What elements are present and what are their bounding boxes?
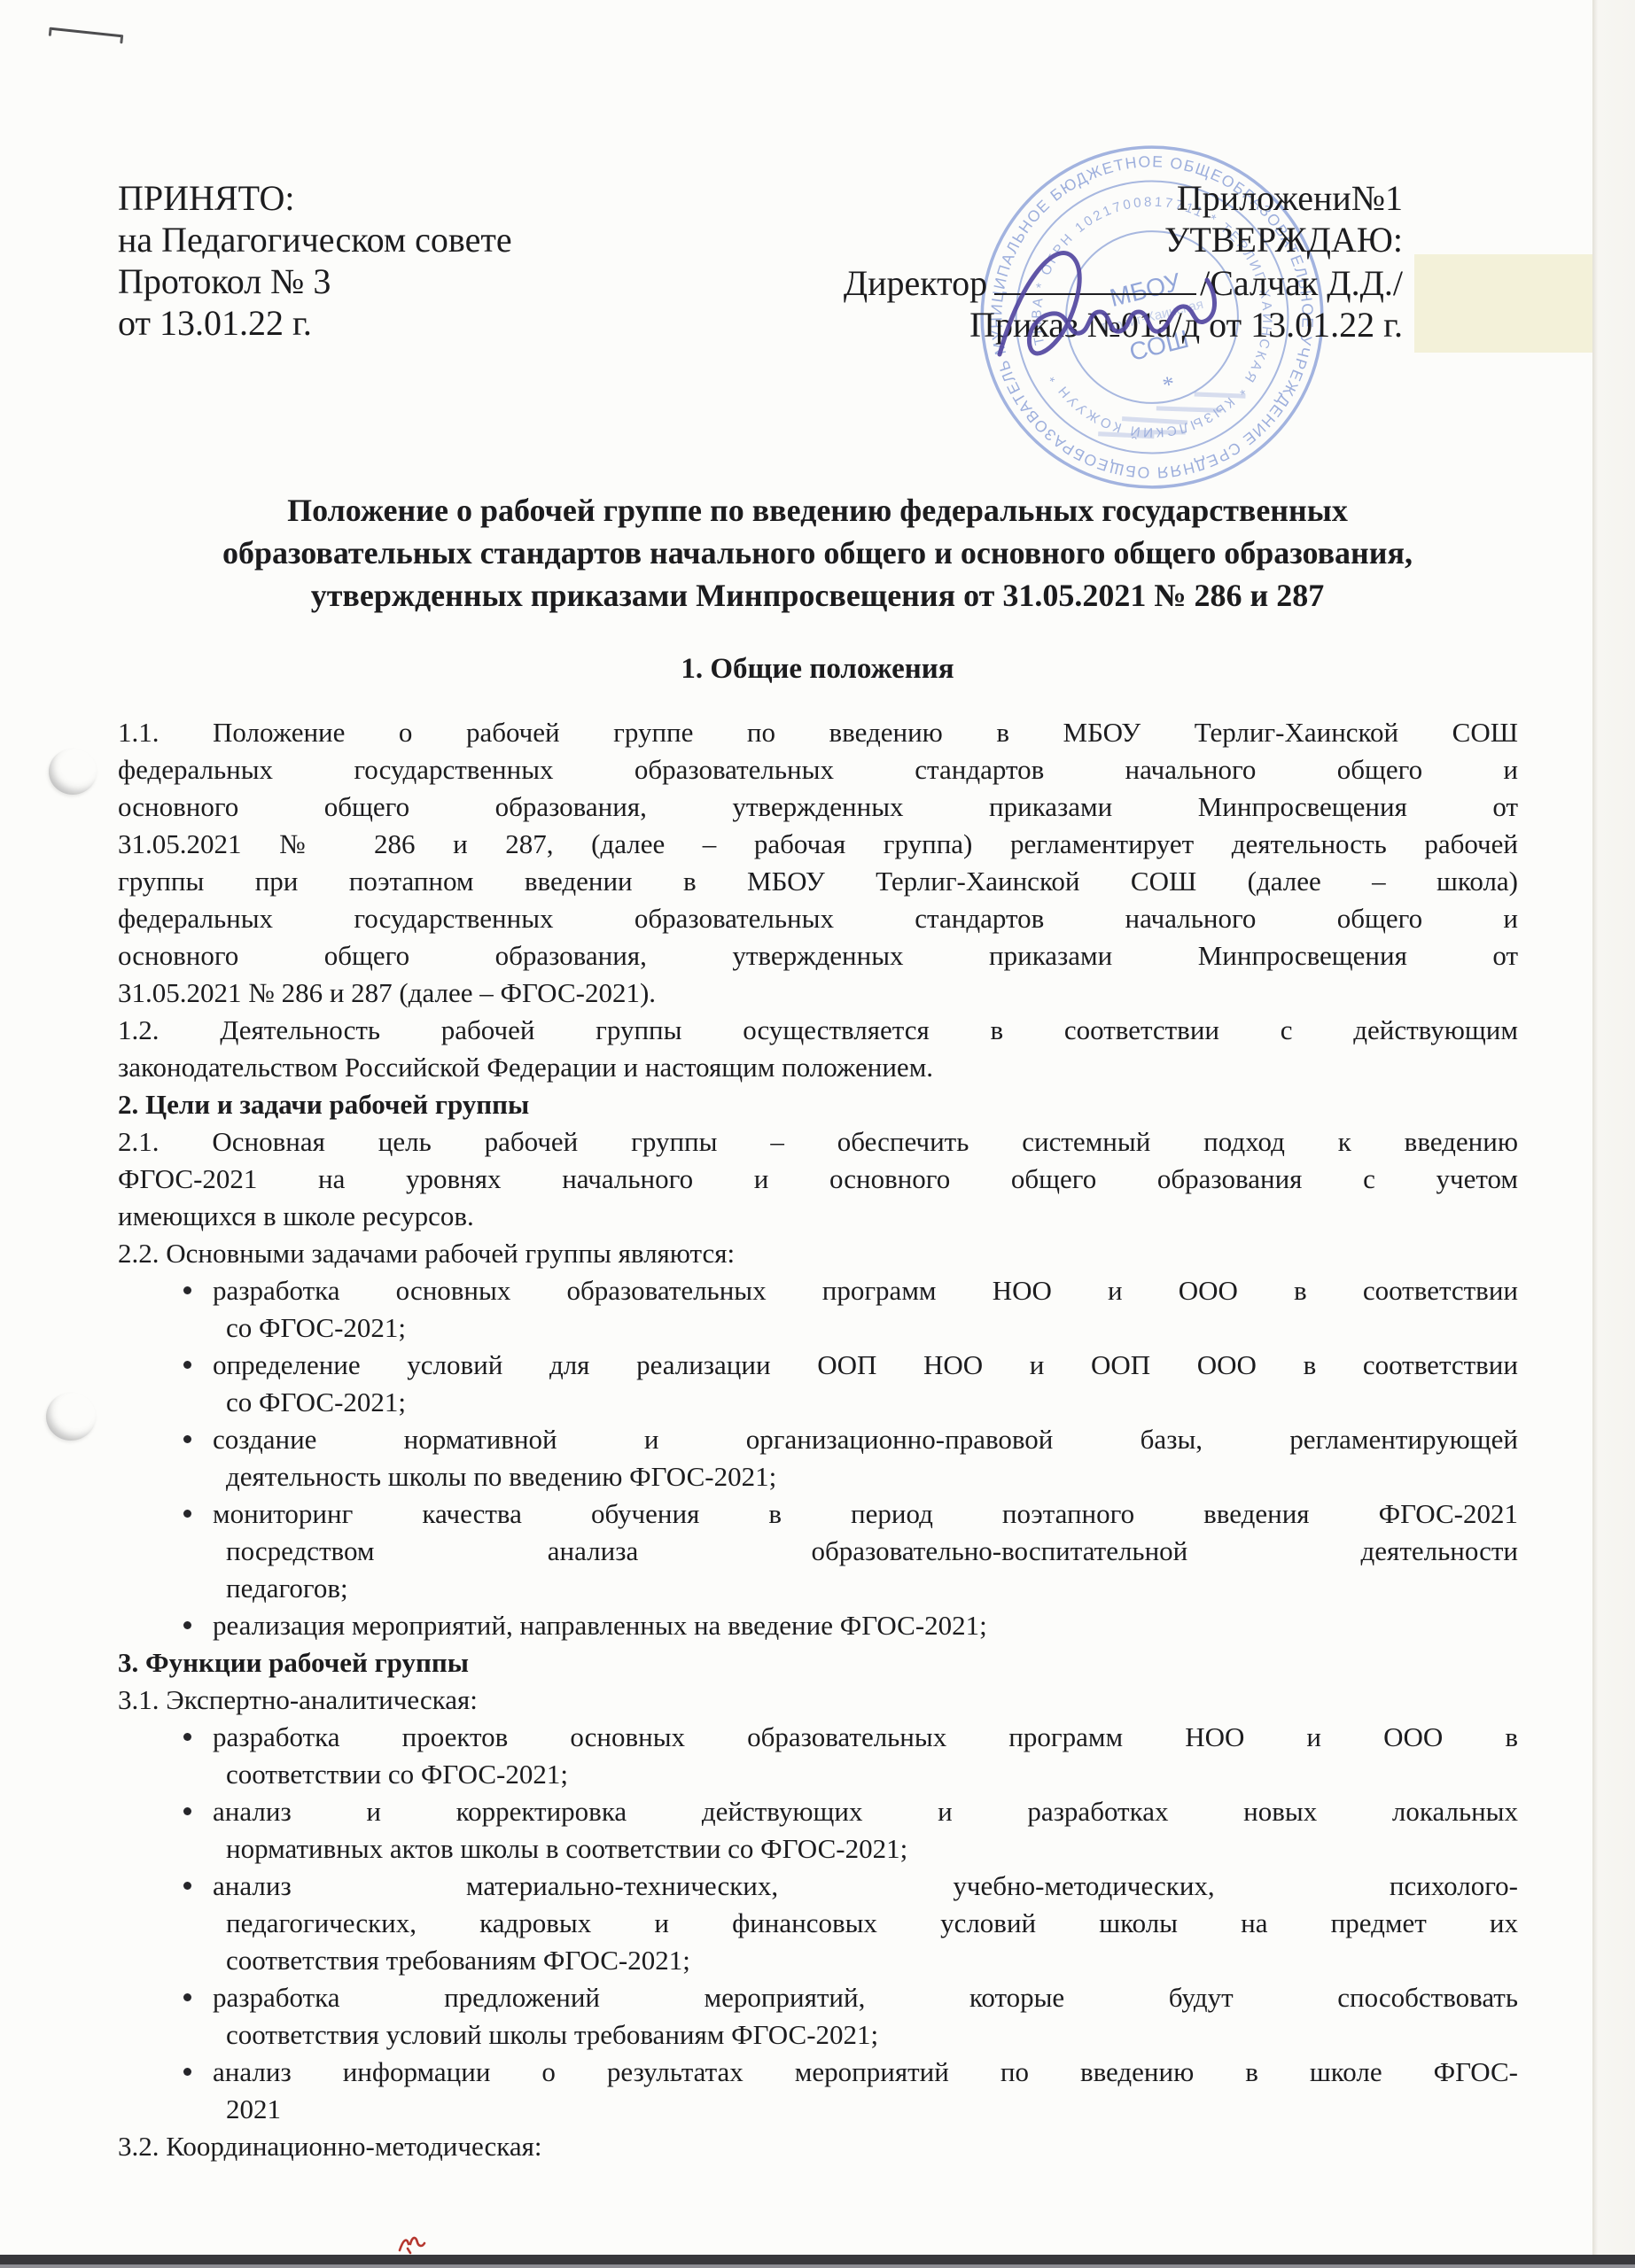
- scan-bottom-edge-shadow: [0, 2264, 1635, 2268]
- body-line: 31.05.2021 № 286 и 287 (далее – ФГОС-202…: [118, 975, 1518, 1012]
- body-line: 2. Цели и задачи рабочей группы: [118, 1086, 1518, 1123]
- body-line: 2.1. Основная цель рабочей группы – обес…: [118, 1123, 1518, 1161]
- body-line: 31.05.2021 № 286 и 287, (далее – рабочая…: [118, 826, 1518, 863]
- scan-page-edge: [1592, 0, 1635, 2268]
- red-pen-mark: [397, 2229, 427, 2256]
- body-line: посредством анализа образовательно-воспи…: [118, 1533, 1518, 1570]
- scanned-document-page: МУНИЦИПАЛЬНОЕ БЮДЖЕТНОЕ ОБЩЕОБРАЗОВАТЕЛЬ…: [0, 0, 1635, 2268]
- hole-punch-top: [49, 749, 97, 795]
- body-line: 3.2. Координационно-методическая:: [118, 2128, 1518, 2165]
- body-line: деятельность школы по введению ФГОС-2021…: [118, 1458, 1518, 1495]
- body-line: 2021: [118, 2091, 1518, 2128]
- body-line: соответствия требованиям ФГОС-2021;: [118, 1942, 1518, 1979]
- body-line: со ФГОС-2021;: [118, 1384, 1518, 1421]
- body-line: разработка предложений мероприятий, кото…: [118, 1979, 1518, 2016]
- body-line: анализ материально-технических, учебно-м…: [118, 1868, 1518, 1905]
- protocol-number: Протокол № 3: [118, 260, 512, 302]
- body-line: педагогических, кадровых и финансовых ус…: [118, 1905, 1518, 1942]
- accepted-council: на Педагогическом совете: [118, 219, 512, 260]
- body-line: создание нормативной и организационно-пр…: [118, 1421, 1518, 1458]
- director-signature: [985, 229, 1230, 390]
- body-line: нормативных актов школы в соответствии с…: [118, 1830, 1518, 1868]
- body-line: ФГОС-2021 на уровнях начального и основн…: [118, 1161, 1518, 1198]
- appendix-label: Приложени№1: [842, 177, 1403, 219]
- body-line: анализ и корректировка действующих и раз…: [118, 1793, 1518, 1830]
- body-line: соответствия условий школы требованиям Ф…: [118, 2016, 1518, 2054]
- document-title: Положение о рабочей группе по введению ф…: [133, 489, 1502, 617]
- body-line: педагогов;: [118, 1570, 1518, 1607]
- body-line: 1.2. Деятельность рабочей группы осущест…: [118, 1012, 1518, 1049]
- document-body: 1.1. Положение о рабочей группе по введе…: [118, 714, 1518, 2165]
- body-line: реализация мероприятий, направленных на …: [118, 1607, 1518, 1644]
- body-line: 2.2. Основными задачами рабочей группы я…: [118, 1235, 1518, 1272]
- body-line: основного общего образования, утвержденн…: [118, 937, 1518, 975]
- accepted-block: ПРИНЯТО: на Педагогическом совете Проток…: [118, 177, 512, 344]
- body-line: федеральных государственных образователь…: [118, 751, 1518, 788]
- body-line: 3. Функции рабочей группы: [118, 1644, 1518, 1682]
- body-line: основного общего образования, утвержденн…: [118, 788, 1518, 826]
- section-1-heading: 1. Общие положения: [133, 653, 1502, 686]
- scan-bottom-edge: [0, 2255, 1635, 2264]
- body-line: 3.1. Экспертно-аналитическая:: [118, 1682, 1518, 1719]
- body-line: со ФГОС-2021;: [118, 1309, 1518, 1347]
- body-line: разработка основных образовательных прог…: [118, 1272, 1518, 1309]
- accepted-label: ПРИНЯТО:: [118, 177, 512, 219]
- body-line: имеющихся в школе ресурсов.: [118, 1198, 1518, 1235]
- protocol-date: от 13.01.22 г.: [118, 302, 512, 344]
- body-line: группы при поэтапном введении в МБОУ Тер…: [118, 863, 1518, 900]
- body-line: законодательством Российской Федерации и…: [118, 1049, 1518, 1086]
- staple-mark-icon: [48, 26, 123, 46]
- body-line: анализ информации о результатах мероприя…: [118, 2054, 1518, 2091]
- hole-punch-bottom: [46, 1393, 96, 1441]
- body-line: федеральных государственных образователь…: [118, 900, 1518, 937]
- body-line: мониторинг качества обучения в период по…: [118, 1495, 1518, 1533]
- body-line: разработка проектов основных образовател…: [118, 1719, 1518, 1756]
- body-line: 1.1. Положение о рабочей группе по введе…: [118, 714, 1518, 751]
- body-line: определение условий для реализации ООП Н…: [118, 1347, 1518, 1384]
- body-line: соответствии со ФГОС-2021;: [118, 1756, 1518, 1793]
